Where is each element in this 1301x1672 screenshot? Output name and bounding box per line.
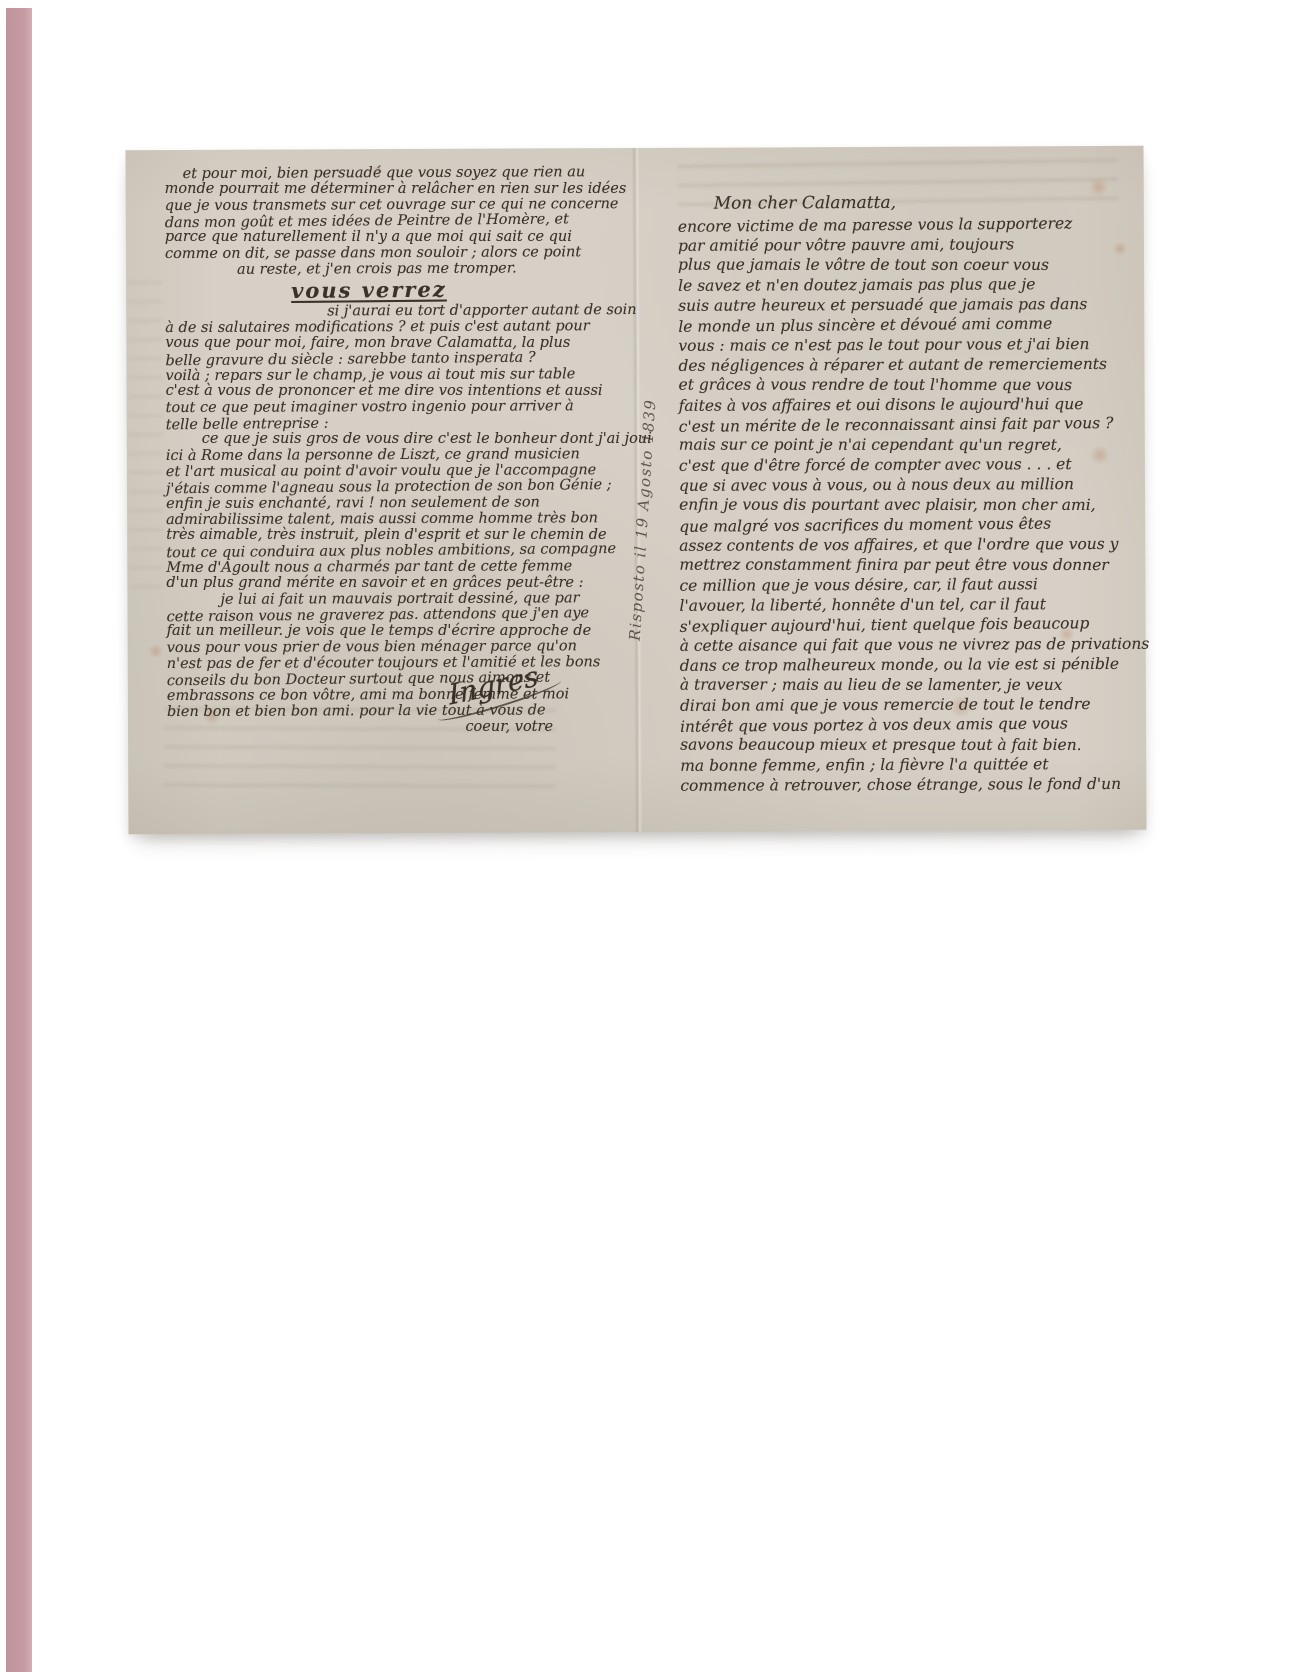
foxing-spot (148, 644, 164, 658)
manuscript-line: c'est que d'être forcé de compter avec v… (679, 454, 1141, 476)
manuscript-line: à cette aisance qui fait que vous ne viv… (680, 634, 1142, 656)
manuscript-line: vous verrez (165, 275, 623, 305)
manuscript-line: parce que naturellement il n'y a que moi… (165, 229, 623, 245)
manuscript-line: intérêt que vous portez à vos deux amis … (680, 713, 1142, 737)
manuscript-line: ce million que je vous désire, car, il f… (679, 574, 1141, 596)
manuscript-line: mettrez constamment finira par peut être… (679, 555, 1141, 575)
manuscript-line: c'est à vous de prononcer et me dire vos… (166, 383, 624, 399)
manuscript-line: enfin je suis enchanté, ravi ! non seule… (166, 494, 624, 512)
manuscript-line: vous pour vous prier de vous bien ménage… (167, 638, 625, 656)
manuscript-line: assez contents de vos affaires, et que l… (679, 534, 1141, 556)
manuscript-line: et grâces à vous rendre de tout l'homme … (679, 375, 1141, 395)
manuscript-line: ce que je suis gros de vous dire c'est l… (166, 431, 624, 447)
manuscript-line: savons beaucoup mieux et presque tout à … (680, 735, 1142, 755)
manuscript-line: admirabilissime talent, mais aussi comme… (166, 510, 624, 528)
manuscript-line: voilà ; repars sur le champ, je vous ai … (165, 366, 623, 384)
manuscript-line: comme on dit, se passe dans mon souloir … (165, 244, 623, 262)
manuscript-line: mais sur ce point je n'ai cependant qu'u… (679, 435, 1141, 455)
manuscript-line: enfin je vous dis pourtant avec plaisir,… (679, 495, 1141, 515)
manuscript-line: c'est un mérite de le reconnaissant ains… (679, 413, 1141, 437)
manuscript-line: bien bon et bien bon ami. pour la vie to… (167, 702, 625, 720)
manuscript-line: d'un plus grand mérite en savoir et en g… (166, 575, 624, 591)
right-page-lines: encore victime de ma paresse vous la sup… (678, 214, 1143, 796)
manuscript-line: encore victime de ma paresse vous la sup… (678, 213, 1140, 237)
manuscript-photo: et pour moi, bien persuadé que vous soye… (127, 148, 1145, 832)
manuscript-line: des négligences à réparer et autant de r… (678, 354, 1140, 376)
manuscript-line: par amitié pour vôtre pauvre ami, toujou… (678, 234, 1140, 256)
verso-show-through (128, 270, 163, 600)
letter-left-page: et pour moi, bien persuadé que vous soye… (165, 164, 625, 736)
manuscript-line: le monde un plus sincère et dévoué ami c… (678, 313, 1140, 337)
manuscript-line: ma bonne femme, enfin ; la fièvre l'a qu… (680, 754, 1142, 776)
manuscript-line: à traverser ; mais au lieu de se lamente… (680, 675, 1142, 695)
manuscript-line: ici à Rome dans la personne de Liszt, ce… (166, 446, 624, 464)
manuscript-line: et pour moi, bien persuadé que vous soye… (165, 164, 623, 182)
manuscript-line: monde pourrait me déterminer à relâcher … (165, 181, 623, 197)
manuscript-line: que malgré vos sacrifices du moment vous… (679, 513, 1141, 537)
manuscript-line: le savez et n'en doutez jamais pas plus … (678, 274, 1140, 296)
letter-right-page: Mon cher Calamatta, encore victime de ma… (678, 190, 1143, 796)
letter-sheet: et pour moi, bien persuadé que vous soye… (126, 146, 1147, 834)
manuscript-line: Mme d'Agoult nous a charmés par tant de … (166, 558, 624, 576)
manuscript-line: dans ce trop malheureux monde, ou la vie… (680, 654, 1142, 676)
manuscript-line: commence à retrouver, chose étrange, sou… (680, 774, 1142, 796)
salutation: Mon cher Calamatta, (678, 190, 1140, 216)
manuscript-line: à de si salutaires modifications ? et pu… (165, 318, 623, 336)
manuscript-line: plus que jamais le vôtre de tout son coe… (678, 255, 1140, 275)
catalog-page: { "scene": { "background_color": "#fffff… (0, 0, 1301, 1672)
manuscript-line: que si avec vous à vous, ou à nous deux … (679, 474, 1141, 496)
manuscript-line: fait un meilleur. je vois que le temps d… (167, 623, 625, 639)
manuscript-line: s'expliquer aujourd'hui, tient quelque f… (680, 613, 1142, 637)
manuscript-line: vous : mais ce n'est pas le tout pour vo… (678, 334, 1140, 356)
manuscript-line: coeur, votre (167, 719, 625, 735)
left-accent-stripe (6, 8, 32, 1672)
manuscript-line: si j'aurai eu tort d'apporter autant de … (165, 302, 623, 320)
